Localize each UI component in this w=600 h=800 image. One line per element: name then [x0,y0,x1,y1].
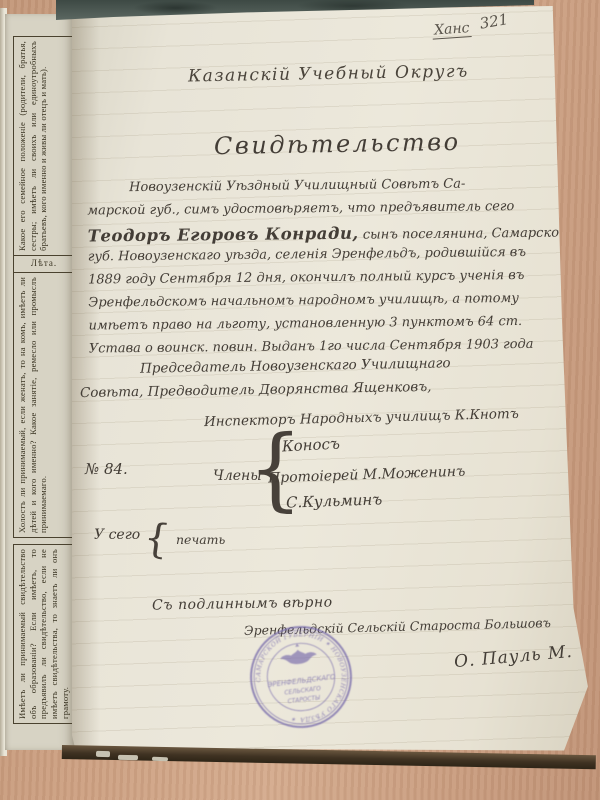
photo-of-bound-document: Какое его семейное положеніе (родители, … [0,0,600,800]
certificate-page: Ханс321 Казанскій Учебный Округъ Свидѣте… [72,6,590,758]
document-number: № 84. [85,460,128,478]
form-cell-family: Какое его семейное положеніе (родители, … [13,36,75,256]
printed-form-page: Какое его семейное положеніе (родители, … [5,14,75,750]
member-signature: С.Кульминъ [286,490,383,511]
chairman-line-2: Совѣта, Предводитель Дворянства Ященковъ… [80,379,432,401]
form-question-family: Какое его семейное положеніе (родители, … [17,41,71,251]
body-text: Новоузенскій Уѣздный Училищный Совѣтъ Са… [87,175,573,364]
stamp-center-line-1: ЭРЕНФЕЛЬДСКАГО [266,673,336,689]
torn-paper-speck [152,757,168,762]
torn-paper-speck [118,755,138,760]
form-age-header: Лѣта. [13,254,75,272]
seal-note-brace: { [141,514,173,563]
district-header: Казанскій Учебный Округъ [188,62,469,87]
pencil-note: Ханс321 [431,15,509,38]
body-line-name-rest: сынъ поселянина, Самарской [359,226,568,243]
form-cell-education: Имѣетъ ли принимаемый свидѣтельство объ … [13,544,75,724]
pencil-note-word: Ханс [432,20,472,40]
certificate-title: Свидѣтельство [214,128,461,160]
stamp-center-line-3: СТАРОСТЫ [287,695,321,705]
pencil-note-number: 321 [479,10,510,33]
recipient-name: Теодоръ Егоровъ Конради, [88,224,359,246]
member-signature: Коносъ [282,434,341,455]
official-stamp: САМАРСКОЙ ГУБЕРНІИ ✶ НОВОУЗЕНСКАГО УѢЗДА… [242,618,360,736]
form-question-marriage: Холостъ ли принимаемый, если женатъ, то … [17,277,71,533]
certified-true-copy-line: Съ подлиннымъ вѣрно [152,594,333,613]
torn-paper-speck [96,751,110,757]
form-cell-marriage: Холостъ ли принимаемый, если женатъ, то … [13,272,75,538]
seal-note-prefix: У сего [94,527,140,543]
seal-note-word: печать [176,532,225,547]
final-signature: О. Пауль М. [453,642,573,672]
form-question-education: Имѣетъ ли принимаемый свидѣтельство объ … [17,549,71,719]
